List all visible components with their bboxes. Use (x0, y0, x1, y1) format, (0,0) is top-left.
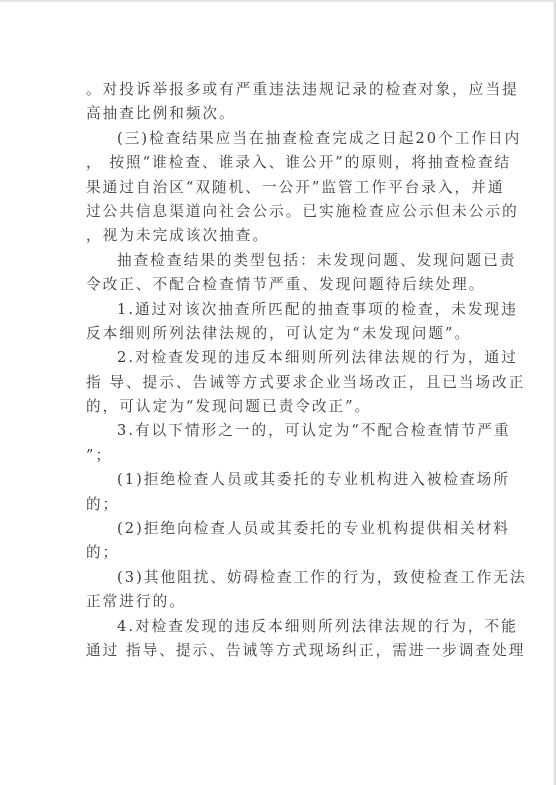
text-line: 的； (86, 541, 478, 565)
text-line: 反本细则所列法律法规的，可认定为“未发现问题”。 (86, 322, 478, 346)
text-line: 令改正、不配合检查情节严重、发现问题待后续处理。 (86, 273, 478, 297)
text-line: ，视为未完成该次抽查。 (86, 224, 478, 248)
text-line: ”； (86, 444, 478, 468)
text-line: 的； (86, 493, 478, 517)
text-line: 过公共信息渠道向社会公示。已实施检查应公示但未公示的 (86, 200, 478, 224)
text-line: 果通过自治区“双随机、一公开”监管工作平台录入，并通 (86, 176, 478, 200)
subitem-2-line: (2)拒绝向检查人员或其委托的专业机构提供相关材料 (86, 517, 478, 541)
page-top-border (0, 0, 556, 2)
subitem-1-line: (1)拒绝检查人员或其委托的专业机构进入被检查场所 (86, 468, 478, 492)
text-line: 通过 指导、提示、告诫等方式现场纠正，需进一步调查处理 (86, 639, 478, 663)
text-line: 的，可认定为“发现问题已责令改正”。 (86, 395, 478, 419)
text-line: 指 导、提示、告诫等方式要求企业当场改正，且已当场改正 (86, 371, 478, 395)
result-types-paragraph-line: 抽查检查结果的类型包括：未发现问题、发现问题已责 (86, 249, 478, 273)
text-line: 高抽查比例和频次。 (86, 102, 478, 126)
item-2-line: 2.对检查发现的违反本细则所列法律法规的行为，通过 (86, 346, 478, 370)
subitem-3-line: (3)其他阻扰、妨碍检查工作的行为，致使检查工作无法 (86, 566, 478, 590)
text-line: 正常进行的。 (86, 590, 478, 614)
text-line: ， 按照“谁检查、谁录入、谁公开”的原则，将抽查检查结 (86, 151, 478, 175)
item-1-line: 1.通过对该次抽查所匹配的抽查事项的检查，未发现违 (86, 298, 478, 322)
item-4-line: 4.对检查发现的违反本细则所列法律法规的行为，不能 (86, 615, 478, 639)
document-page: 。对投诉举报多或有严重违法违规记录的检查对象，应当提 高抽查比例和频次。 (三)… (86, 78, 478, 663)
text-line: 。对投诉举报多或有严重违法违规记录的检查对象，应当提 (86, 78, 478, 102)
item-3-line: 3.有以下情形之一的，可认定为“不配合检查情节严重 (86, 419, 478, 443)
section-3-heading-line: (三)检查结果应当在抽查检查完成之日起20个工作日内 (86, 127, 478, 151)
